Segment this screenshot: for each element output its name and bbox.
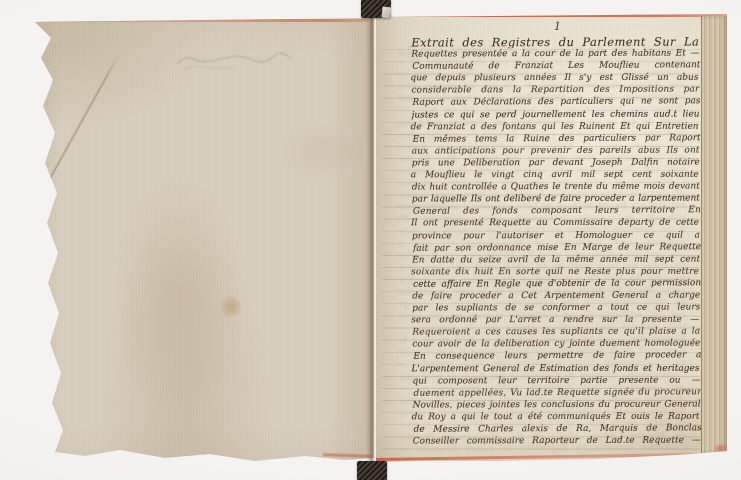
manuscript-line: En mêmes tems la Ruine des particuliers … <box>413 132 701 146</box>
manuscript-line: province pour l'autoriser et Homologuer … <box>412 229 700 242</box>
page-number: 1 <box>554 20 561 33</box>
binding-strap-top <box>361 0 391 18</box>
manuscript-line: aux anticipations pour prevenir des pare… <box>412 144 700 157</box>
manuscript-line: par les supliants de se conformer a tout… <box>412 302 700 315</box>
red-page-edge-bottom-left <box>323 453 371 458</box>
manuscript-line: soixante dix huit En sorte quil ne Reste… <box>411 266 699 279</box>
manuscript-line: L'arpentement General de Estimation des … <box>411 362 699 375</box>
red-page-edge-top-left <box>33 19 368 22</box>
manuscript-line: Novilles, pieces jointes les conclusions… <box>413 398 701 411</box>
manuscript-line: qui composent leur territoire partie pre… <box>412 374 700 387</box>
manuscript-line: sera ordonné par L'arret a rendre sur la… <box>411 314 699 327</box>
fore-edge-page-block <box>701 16 727 453</box>
red-page-edge-top-right <box>384 14 727 17</box>
manuscript-line: duement appellées, Vu lad.te Requette si… <box>413 386 701 400</box>
manuscript-line: Extrait des Registres du Parlement Sur L… <box>411 35 699 48</box>
manuscript-line: de Franziat a des fontans qui les Ruinen… <box>411 120 699 133</box>
scanned-manuscript-spread: Extrait des Registres du Parlement Sur L… <box>0 0 741 480</box>
manuscript-line: Conseiller commissaire Raporteur de Lad.… <box>413 435 701 448</box>
manuscript-line: Requeroient a ces causes les supliants c… <box>412 326 700 339</box>
binding-strap-bottom <box>357 461 387 480</box>
manuscript-line: pris une Deliberation par devant Joseph … <box>412 156 700 169</box>
strap-metal-clip <box>381 7 391 19</box>
manuscript-line: de faire proceder a Cet Arpentement Gene… <box>412 289 700 302</box>
faded-squiggle <box>173 48 295 74</box>
paper-crease <box>35 52 120 203</box>
manuscript-line: de Messire Charles alexis de Ra, Marquis… <box>414 422 702 436</box>
left-blank-page <box>25 18 374 462</box>
manuscript-line: dix huit controllée a Quathes le trente … <box>412 181 700 194</box>
manuscript-page: Extrait des Registres du Parlement Sur L… <box>376 14 727 462</box>
manuscript-line: justes ce qui se perd journellement les … <box>412 108 700 121</box>
manuscript-line: En datte du seize avril de la même année… <box>412 253 700 266</box>
manuscript-line: fait par son ordonnance mise En Marge de… <box>413 241 701 255</box>
manuscript-line: a Mouflieu le vingt cinq avril mil sept … <box>411 169 699 182</box>
manuscript-line: Raport aux Déclarations des particuliers… <box>412 96 700 110</box>
manuscript-line: En consequence leurs permettre de faire … <box>413 350 701 364</box>
manuscript-text: Extrait des Registres du Parlement Sur L… <box>411 35 700 447</box>
manuscript-line: que depuis plusieurs années Il s'y est G… <box>410 72 698 85</box>
ink-show-through-mark <box>173 48 295 74</box>
manuscript-line: Il ont presenté Requette au Commissaire … <box>411 217 699 230</box>
manuscript-line: cette affaire En Regle que d'obtenir de … <box>413 277 701 291</box>
manuscript-line: du Roy a qui le tout a été communiqués E… <box>412 411 700 424</box>
